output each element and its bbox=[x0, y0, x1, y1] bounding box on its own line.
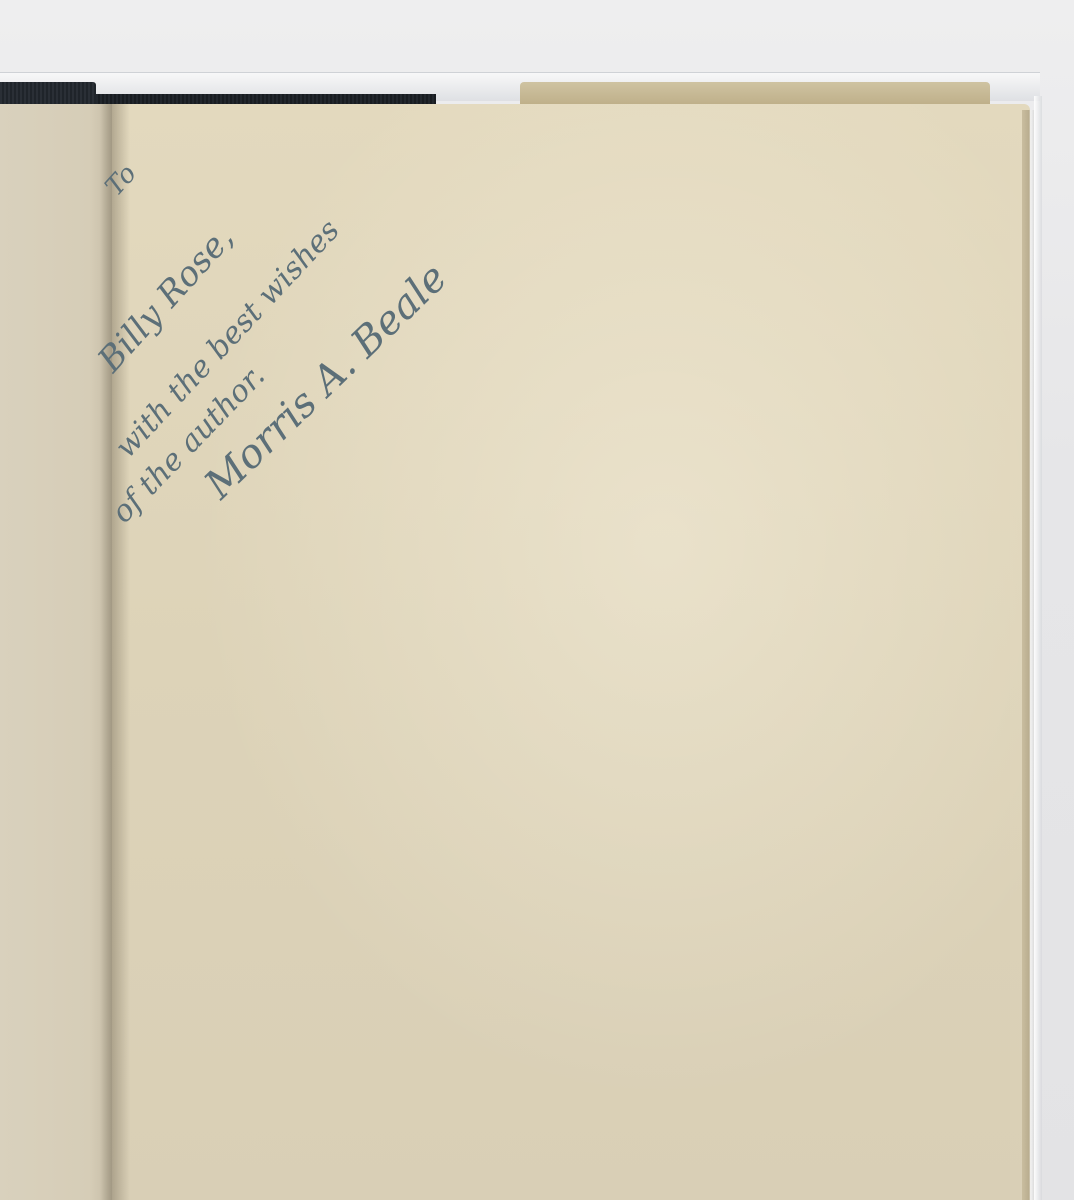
front-pastedown bbox=[0, 104, 112, 1200]
dust-jacket-top-edge bbox=[520, 82, 990, 104]
handwritten-inscription: To Billy Rose, with the best wishes of t… bbox=[100, 150, 620, 550]
cloth-cover-corner bbox=[0, 82, 96, 104]
mylar-jacket-right-edge bbox=[1034, 96, 1042, 1200]
page-fore-edge bbox=[1022, 110, 1034, 1200]
inscription-line-to: To bbox=[100, 159, 143, 202]
